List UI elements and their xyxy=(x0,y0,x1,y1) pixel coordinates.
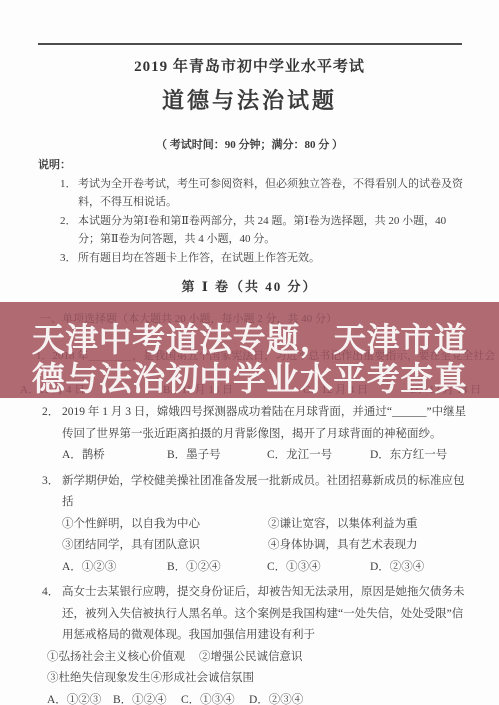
statement-2: ②增强公民诚信意识 xyxy=(199,647,303,669)
instructions-label: 说明： xyxy=(38,156,470,175)
questions-block: 2． 2019 年 1 月 3 日，嫦娥四号探测器成功着陆在月球背面，并通过“_… xyxy=(42,402,473,705)
question-4-statements-row-2: ③杜绝失信现象发生 ④形成社会诚信氛围 xyxy=(47,668,473,690)
statement-2: ②谦让宽容，以集体利益为重 xyxy=(268,514,418,536)
option-b: B．①②④ xyxy=(167,557,267,579)
exam-paper-page: 2019 年青岛市初中学业水平考试 道德与法治试题 （ 考试时间：90 分钟；满… xyxy=(0,0,499,705)
instruction-item: 3． 所有题目均在答题卡上作答，在试题上作答无效。 xyxy=(60,249,470,268)
instructions-block: 说明： 1． 考试为全开卷考试，考生可参阅资料，但必须独立答卷，不得看别人的试卷… xyxy=(38,156,470,267)
question-text: 2019 年 1 月 3 日，嫦娥四号探测器成功着陆在月球背面，并通过“____… xyxy=(62,402,473,445)
statement-3: ③团结同学，具有团队意识 xyxy=(62,535,268,557)
question-2-stem: 2． 2019 年 1 月 3 日，嫦娥四号探测器成功着陆在月球背面，并通过“_… xyxy=(42,402,473,445)
instruction-item: 2． 本试题分为第Ⅰ卷和第Ⅱ卷两部分，共 24 题。第Ⅰ卷为选择题，共 20 小… xyxy=(60,212,470,249)
option-d: D．②③④ xyxy=(249,690,303,705)
option-d: D．东方红一号 xyxy=(370,445,447,467)
exam-info: （ 考试时间：90 分钟；满分：80 分 ） xyxy=(0,136,499,152)
statement-1: ①弘扬社会主义核心价值观 xyxy=(47,647,185,669)
question-4-statements-row-1: ①弘扬社会主义核心价值观 ②增强公民诚信意识 xyxy=(47,647,473,669)
watermark-title-line-1: 天津中考道法专题，天津市道 xyxy=(0,323,499,356)
instruction-text: 所有题目均在答题卡上作答，在试题上作答无效。 xyxy=(78,249,470,268)
option-b: B．①②④ xyxy=(113,690,181,705)
option-a: A．鹊桥 xyxy=(62,445,167,467)
question-3-statements-row-1: ①个性鲜明，以自我为中心 ②谦让宽容，以集体利益为重 xyxy=(62,514,473,536)
question-3-statements-row-2: ③团结同学，具有团队意识 ④身体协调，具有艺术表现力 xyxy=(62,535,473,557)
instruction-item: 1． 考试为全开卷考试，考生可参阅资料，但必须独立答卷，不得看别人的试卷及资料，… xyxy=(60,175,470,212)
instruction-number: 2． xyxy=(60,212,78,249)
subject-title: 道德与法治试题 xyxy=(0,84,499,115)
option-a: A．①②③ xyxy=(47,690,113,705)
option-d: D．②③④ xyxy=(370,557,424,579)
question-3-stem: 3． 新学期伊始，学校健美操社团准备发展一批新成员。社团招募新成员的标准应包括 xyxy=(42,471,473,514)
question-2-options: A．鹊桥 B．墨子号 C．龙江一号 D．东方红一号 xyxy=(62,445,473,467)
instruction-text: 考试为全开卷考试，考生可参阅资料，但必须独立答卷，不得看别人的试卷及资料，不得互… xyxy=(78,175,470,212)
statement-3: ③杜绝失信现象发生 xyxy=(47,668,151,690)
question-4-options: A．①②③ B．①②④ C．①③④ D．②③④ xyxy=(47,690,473,705)
header-rule xyxy=(38,43,462,45)
exam-title: 2019 年青岛市初中学业水平考试 xyxy=(0,55,499,76)
option-c: C．①③④ xyxy=(181,690,249,705)
option-b: B．墨子号 xyxy=(167,445,267,467)
watermark-title-line-2: 德与法治初中学业水平考查真 xyxy=(0,362,499,395)
statement-4: ④形成社会诚信氛围 xyxy=(151,668,255,690)
question-3: 3． 新学期伊始，学校健美操社团准备发展一批新成员。社团招募新成员的标准应包括 … xyxy=(42,471,473,579)
question-4: 4． 高女士去某银行应聘，提交身份证后，却被告知无法录用，原因是她拖欠债务未还，… xyxy=(42,582,473,705)
option-c: C．①③④ xyxy=(267,557,370,579)
instruction-number: 1． xyxy=(60,175,78,212)
instruction-text: 本试题分为第Ⅰ卷和第Ⅱ卷两部分，共 24 题。第Ⅰ卷为选择题，共 20 小题，4… xyxy=(78,212,470,249)
question-text: 高女士去某银行应聘，提交身份证后，却被告知无法录用，原因是她拖欠债务未还，被列入… xyxy=(62,582,473,647)
option-c: C．龙江一号 xyxy=(267,445,370,467)
question-number: 2． xyxy=(42,402,62,445)
question-number: 4． xyxy=(42,582,62,647)
question-number: 3． xyxy=(42,471,62,514)
question-text: 新学期伊始，学校健美操社团准备发展一批新成员。社团招募新成员的标准应包括 xyxy=(62,471,473,514)
option-a: A．①②③ xyxy=(62,557,167,579)
question-4-stem: 4． 高女士去某银行应聘，提交身份证后，却被告知无法录用，原因是她拖欠债务未还，… xyxy=(42,582,473,647)
watermark-band: 一、单项选择题（本大题共 20 小题，每小题 2 分，共 40 分） 1．201… xyxy=(0,302,499,398)
statement-1: ①个性鲜明，以自我为中心 xyxy=(62,514,268,536)
section-1-title: 第 Ⅰ 卷（共 40 分） xyxy=(0,276,499,295)
question-2: 2． 2019 年 1 月 3 日，嫦娥四号探测器成功着陆在月球背面，并通过“_… xyxy=(42,402,473,467)
question-3-options: A．①②③ B．①②④ C．①③④ D．②③④ xyxy=(62,557,473,579)
statement-4: ④身体协调，具有艺术表现力 xyxy=(268,535,418,557)
instruction-number: 3． xyxy=(60,249,78,268)
